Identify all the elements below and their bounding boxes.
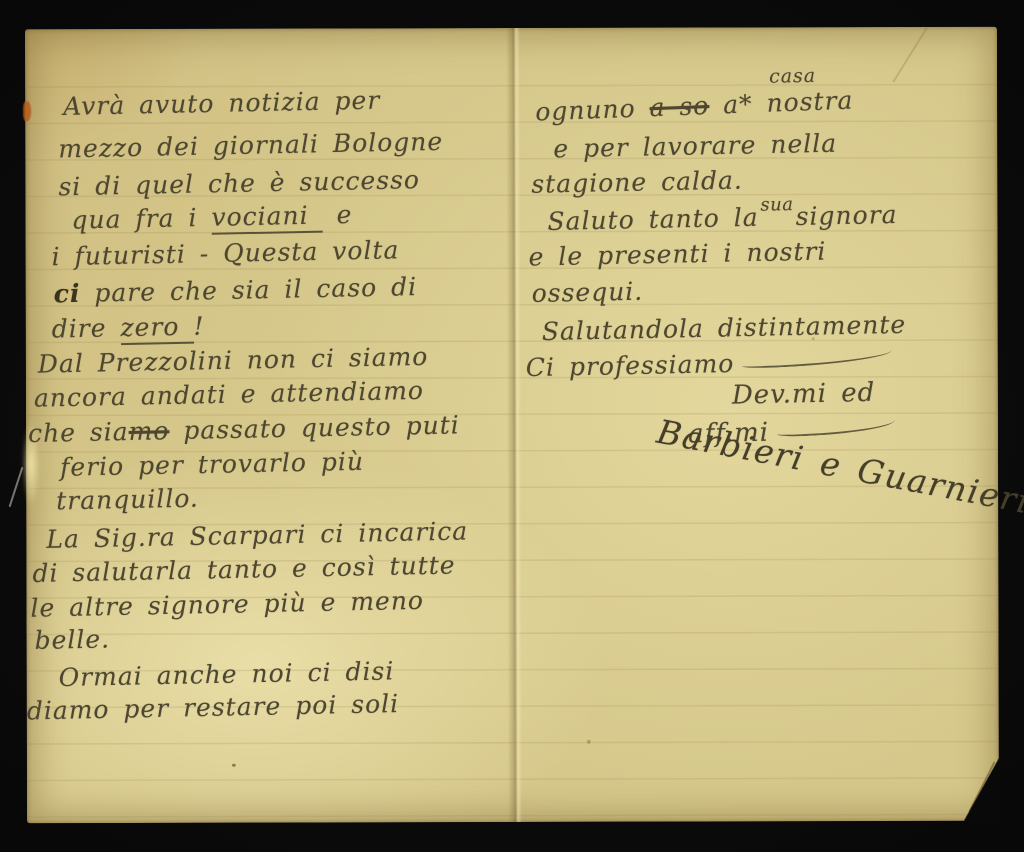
struck-word: a so [649, 91, 710, 122]
inserted-word-above-line: casa [769, 65, 816, 88]
handwriting-line: e le presenti i nostri [528, 237, 826, 272]
inserted-word: sua [760, 194, 793, 216]
paper-speck [232, 764, 236, 767]
line-text: signora [795, 200, 897, 231]
center-fold-crease [506, 28, 522, 822]
line-text: ! [193, 311, 205, 340]
underlined-word: zero [120, 312, 194, 345]
folded-corner [964, 758, 1000, 822]
line-text: Saluto tanto la [547, 203, 759, 236]
handwriting-line: ossequi. [531, 277, 643, 308]
overwritten-word: ci [53, 279, 80, 309]
line-text: ognuno [535, 93, 650, 126]
line-text: qua fra i [71, 203, 212, 235]
underlined-word: vociani [211, 201, 323, 235]
scanner-background: { "scene": { "background_color": "#09090… [0, 0, 1024, 852]
line-text: a* nostra [709, 86, 854, 120]
edge-stain [23, 101, 31, 121]
line-text: dire [51, 313, 120, 343]
struck-word: mo [128, 416, 169, 446]
handwriting-line: qua fra i vociani e [71, 200, 352, 235]
closing-line: Dev.mi ed [732, 378, 876, 411]
pen-flourish [777, 420, 895, 437]
handwriting-line: belle. [34, 624, 110, 655]
pen-flourish [742, 350, 892, 369]
handwriting-line: tranquillo. [56, 484, 199, 516]
line-text: che sia [28, 417, 129, 448]
handwriting-line: e per lavorare nella [553, 129, 837, 164]
handwriting-line: stagione calda. [531, 166, 743, 199]
letter-paper: Avrà avuto notizia per mezzo dei giornal… [25, 27, 999, 824]
line-text: e [322, 200, 352, 230]
paper-speck [587, 740, 591, 744]
handwriting-line: ferio per trovarlo più [60, 447, 364, 482]
line-text: Ci professiamo [526, 349, 735, 382]
handwriting-line: dire zero! [51, 311, 204, 343]
line-text: passato questo puti [169, 410, 460, 445]
